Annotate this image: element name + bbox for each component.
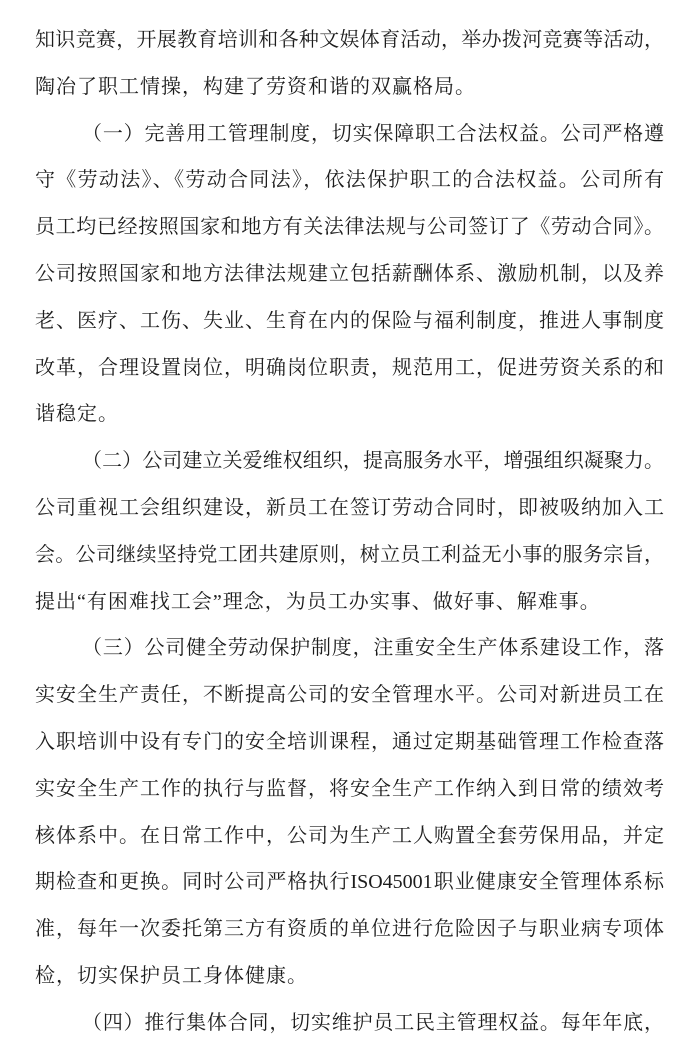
text-line: （二）公司建立关爱维权组织，提高服务水平，增强组织凝聚力。 — [35, 438, 664, 485]
text-line: 实安全生产责任，不断提高公司的安全管理水平。公司对新进员工在 — [35, 672, 664, 719]
text-line: 期检查和更换。同时公司严格执行ISO45001职业健康安全管理体系标 — [35, 859, 664, 906]
text-line: 陶冶了职工情操，构建了劳资和谐的双赢格局。 — [35, 64, 664, 111]
text-line: 提出“有困难找工会”理念，为员工办实事、做好事、解难事。 — [35, 579, 664, 626]
text-line: 会。公司继续坚持党工团共建原则，树立员工利益无小事的服务宗旨， — [35, 532, 664, 579]
text-line: 入职培训中设有专门的安全培训课程，通过定期基础管理工作检查落 — [35, 719, 664, 766]
text-line: 改革，合理设置岗位，明确岗位职责，规范用工，促进劳资关系的和 — [35, 345, 664, 392]
text-line: 准，每年一次委托第三方有资质的单位进行危险因子与职业病专项体 — [35, 906, 664, 953]
text-line: 老、医疗、工伤、失业、生育在内的保险与福利制度，推进人事制度 — [35, 298, 664, 345]
text-line: 公司重视工会组织建设，新员工在签订劳动合同时，即被吸纳加入工 — [35, 485, 664, 532]
text-line: 公司按照国家和地方法律法规建立包括薪酬体系、激励机制，以及养 — [35, 251, 664, 298]
paragraph: （三）公司健全劳动保护制度，注重安全生产体系建设工作，落 实安全生产责任，不断提… — [35, 625, 664, 999]
document-page: 知识竞赛，开展教育培训和各种文娱体育活动，举办拨河竞赛等活动， 陶冶了职工情操，… — [0, 0, 700, 1063]
text-line: （四）推行集体合同，切实维护员工民主管理权益。每年年底， — [35, 1000, 664, 1047]
paragraph: （二）公司建立关爱维权组织，提高服务水平，增强组织凝聚力。 公司重视工会组织建设… — [35, 438, 664, 625]
text-line: 核体系中。在日常工作中，公司为生产工人购置全套劳保用品，并定 — [35, 813, 664, 860]
text-line: 谐稳定。 — [35, 391, 664, 438]
paragraph: （四）推行集体合同，切实维护员工民主管理权益。每年年底， — [35, 1000, 664, 1047]
text-line: 知识竞赛，开展教育培训和各种文娱体育活动，举办拨河竞赛等活动， — [35, 17, 664, 64]
text-line: 检，切实保护员工身体健康。 — [35, 953, 664, 1000]
paragraph: 知识竞赛，开展教育培训和各种文娱体育活动，举办拨河竞赛等活动， 陶冶了职工情操，… — [35, 17, 664, 111]
text-line: （一）完善用工管理制度，切实保障职工合法权益。公司严格遵 — [35, 111, 664, 158]
text-line: 员工均已经按照国家和地方有关法律法规与公司签订了《劳动合同》。 — [35, 204, 664, 251]
text-line: 守《劳动法》、《劳动合同法》，依法保护职工的合法权益。公司所有 — [35, 157, 664, 204]
text-line: 实安全生产工作的执行与监督，将安全生产工作纳入到日常的绩效考 — [35, 766, 664, 813]
text-line: （三）公司健全劳动保护制度，注重安全生产体系建设工作，落 — [35, 625, 664, 672]
paragraph: （一）完善用工管理制度，切实保障职工合法权益。公司严格遵 守《劳动法》、《劳动合… — [35, 111, 664, 439]
